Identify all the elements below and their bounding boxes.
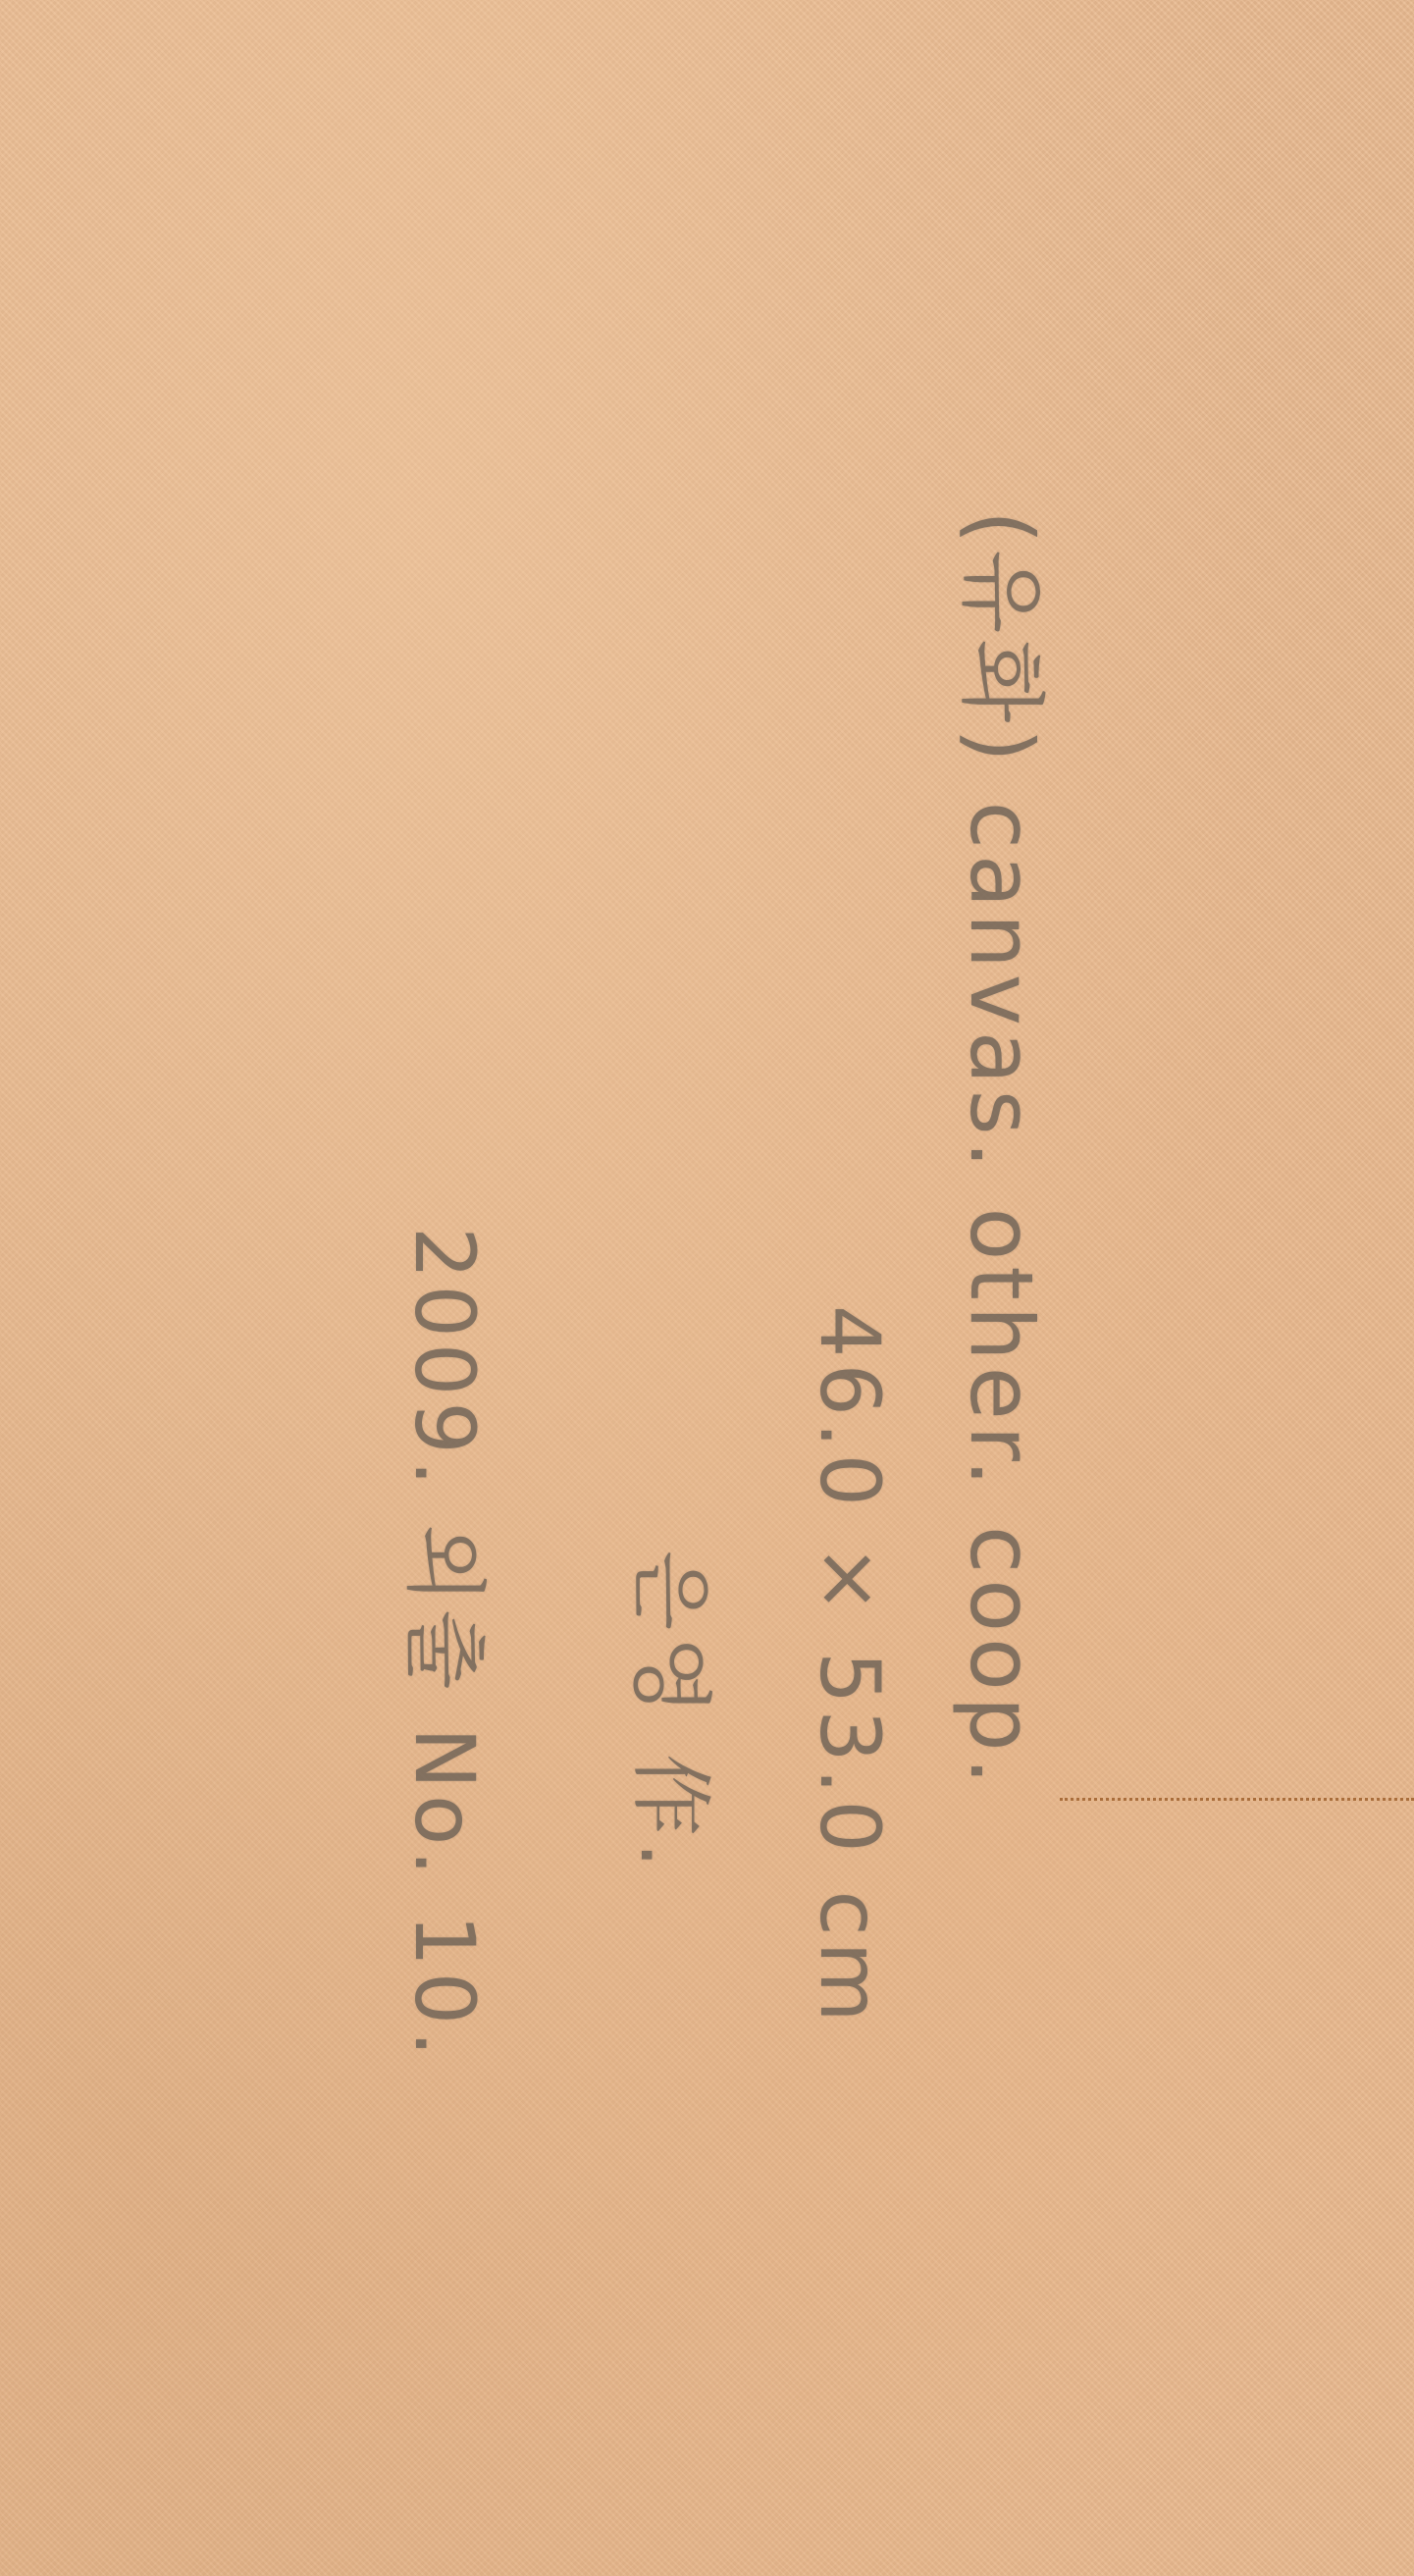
inscription-line-title: 2009. 외출 No. 10. <box>392 1227 510 2063</box>
inscription-line-medium: (유화) canvas. other. coop. <box>946 510 1070 1791</box>
canvas-back: (유화) canvas. other. coop. 46.0 × 53.0 cm… <box>0 0 1414 2576</box>
inscription-line-artist: 은영 作. <box>617 1551 736 1874</box>
stretcher-crease-line <box>1060 1798 1414 1801</box>
inscription-line-dimensions: 46.0 × 53.0 cm <box>802 1305 898 2028</box>
